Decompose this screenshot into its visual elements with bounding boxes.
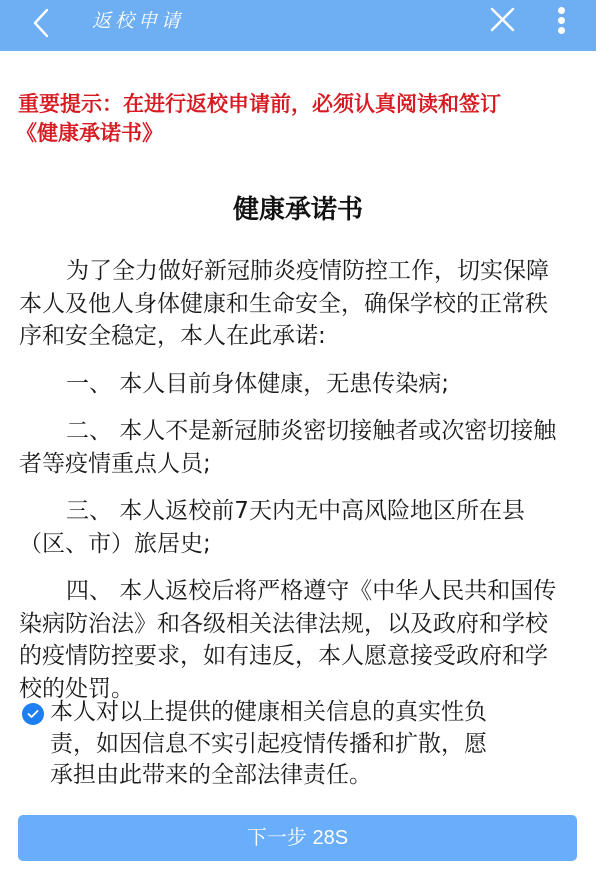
agreement-text: 本人对以上提供的健康相关信息的真实性负 责，如因信息不实引起疫情传播和扩散，愿 … — [50, 697, 580, 792]
paragraph-line: 二、 本人不是新冠肺炎密切接触者或次密切接触 — [19, 415, 579, 448]
app-screen: 返校申请 重要提示：在进行返校申请前，必须认真阅读和签订 《健康承诺书》 健康承… — [0, 0, 596, 870]
notice-line: 重要提示：在进行返校申请前，必须认真阅读和签订 — [18, 90, 578, 119]
commitment-item-1: 一、 本人目前身体健康，无患传染病; — [19, 368, 579, 401]
next-step-button[interactable]: 下一步 28S — [18, 815, 577, 861]
close-button[interactable] — [484, 2, 520, 38]
document-title: 健康承诺书 — [0, 192, 596, 228]
important-notice: 重要提示：在进行返校申请前，必须认真阅读和签订 《健康承诺书》 — [18, 90, 578, 148]
paragraph-line: （区、市）旅居史; — [19, 528, 579, 561]
paragraph-line: 本人及他人身体健康和生命安全，确保学校的正常秩 — [19, 288, 579, 321]
paragraph-line: 染病防治法》和各级相关法律法规，以及政府和学校 — [19, 608, 579, 641]
commitment-item-4: 四、 本人返校后将严格遵守《中华人民共和国传 染病防治法》和各级相关法律法规，以… — [19, 575, 579, 705]
page-title: 返校申请 — [92, 6, 184, 36]
agreement-line: 责，如因信息不实引起疫情传播和扩散，愿 — [50, 729, 580, 761]
commitment-item-2: 二、 本人不是新冠肺炎密切接触者或次密切接触 者等疫情重点人员; — [19, 415, 579, 480]
agreement-checkbox-row[interactable]: 本人对以上提供的健康相关信息的真实性负 责，如因信息不实引起疫情传播和扩散，愿 … — [22, 697, 582, 797]
agreement-line: 本人对以上提供的健康相关信息的真实性负 — [50, 697, 580, 729]
back-button[interactable] — [24, 2, 58, 42]
agreement-line: 承担由此带来的全部法律责任。 — [50, 760, 580, 792]
more-options-button[interactable] — [548, 2, 576, 38]
top-navigation-bar: 返校申请 — [0, 0, 596, 51]
paragraph-line: 者等疫情重点人员; — [19, 448, 579, 481]
commitment-item-3: 三、 本人返校前7天内无中高风险地区所在县 （区、市）旅居史; — [19, 495, 579, 560]
commitment-content: 为了全力做好新冠肺炎疫情防控工作，切实保障 本人及他人身体健康和生命安全，确保学… — [19, 255, 579, 705]
check-circle-icon — [27, 709, 39, 719]
paragraph-line: 的疫情防控要求，如有违反，本人愿意接受政府和学 — [19, 640, 579, 673]
chevron-left-icon — [32, 8, 50, 38]
agreement-checkbox[interactable] — [22, 703, 44, 725]
paragraph-line: 四、 本人返校后将严格遵守《中华人民共和国传 — [19, 575, 579, 608]
close-icon — [490, 7, 515, 32]
paragraph-line: 为了全力做好新冠肺炎疫情防控工作，切实保障 — [19, 255, 579, 288]
notice-line: 《健康承诺书》 — [16, 119, 578, 148]
paragraph-line: 一、 本人目前身体健康，无患传染病; — [19, 368, 579, 401]
paragraph-line: 三、 本人返校前7天内无中高风险地区所在县 — [19, 495, 579, 528]
paragraph-line: 序和安全稳定，本人在此承诺: — [19, 320, 579, 353]
intro-paragraph: 为了全力做好新冠肺炎疫情防控工作，切实保障 本人及他人身体健康和生命安全，确保学… — [19, 255, 579, 353]
